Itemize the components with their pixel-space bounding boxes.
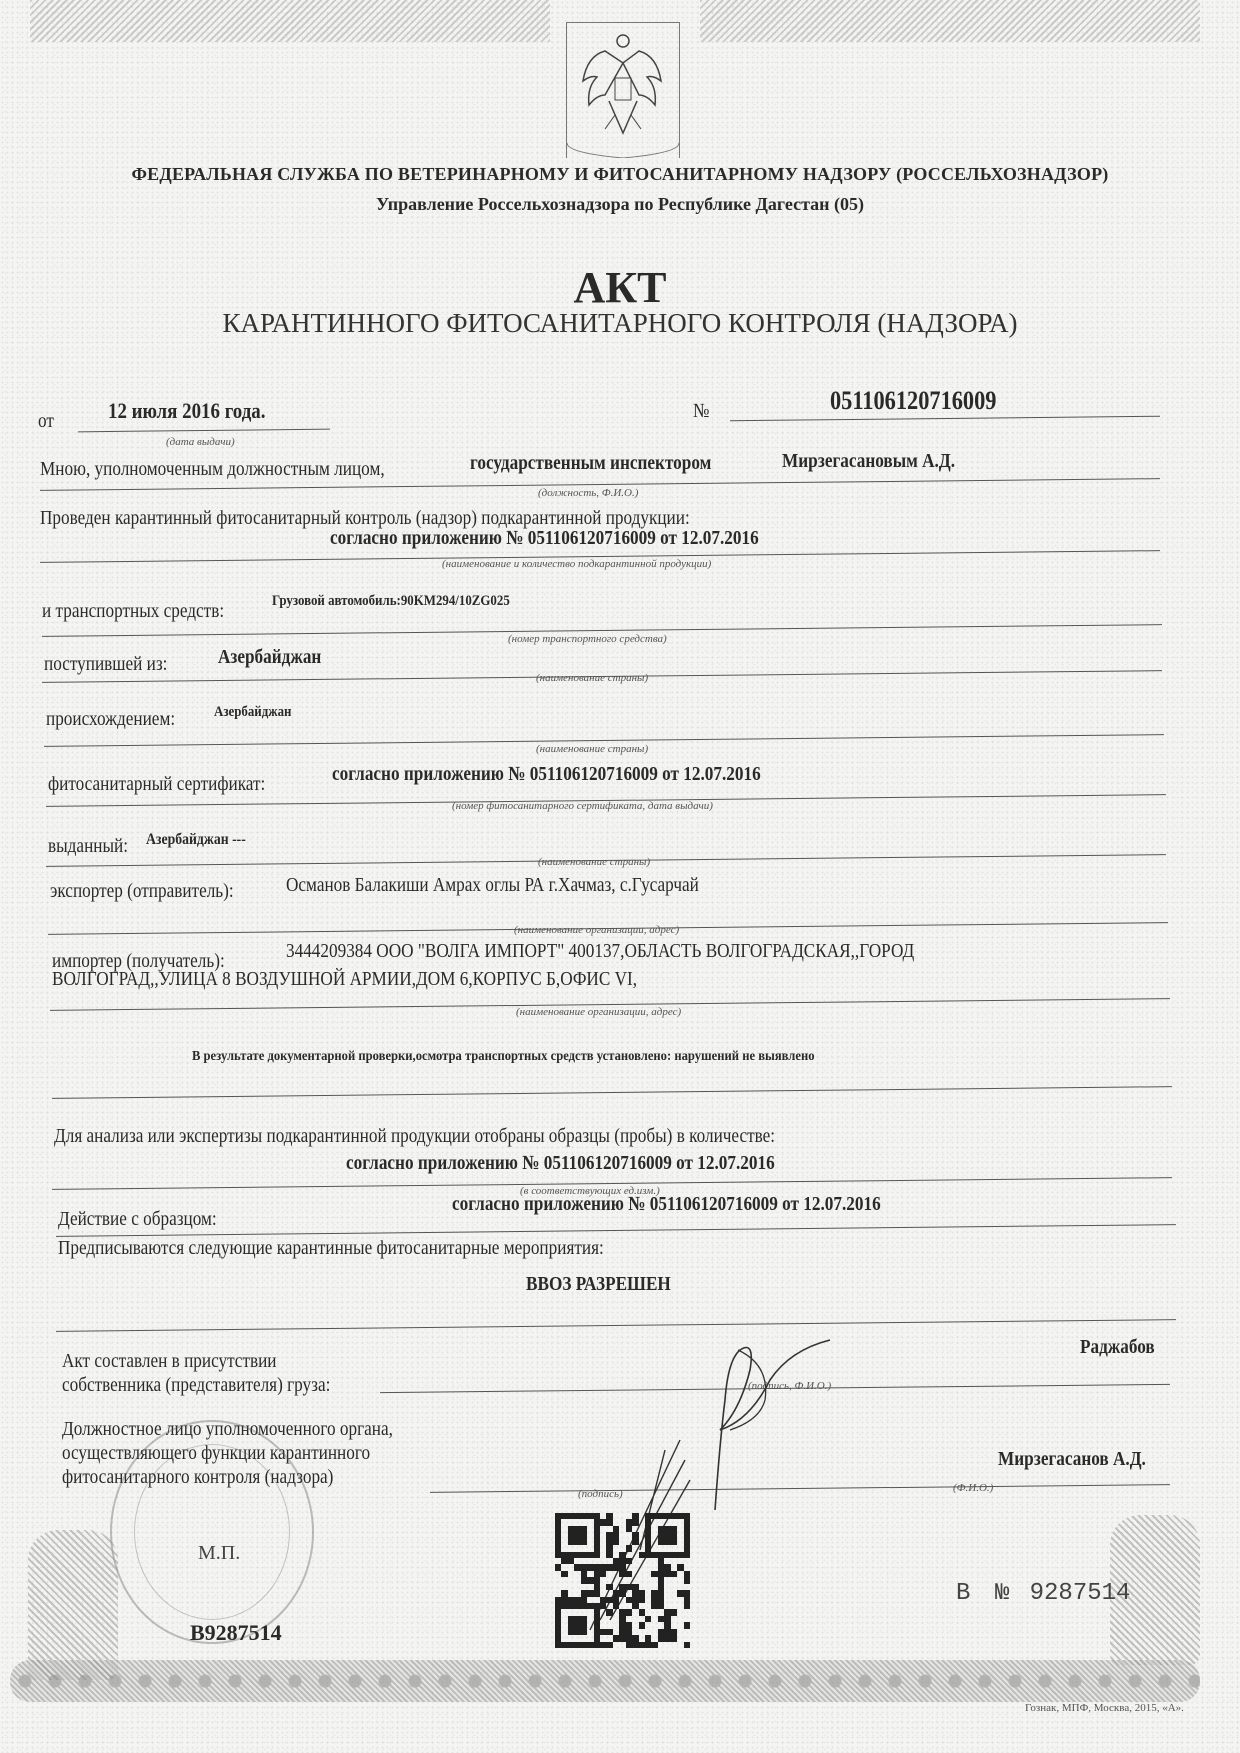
department-name: Управление Россельхознадзора по Республи…	[0, 194, 1240, 215]
transport-caption: (номер транспортного средства)	[508, 633, 667, 645]
official-sign-caption: (подпись)	[578, 1488, 623, 1500]
measures-label: Предписываются следующие карантинные фит…	[58, 1237, 604, 1260]
owner-handwritten-signature	[620, 1320, 840, 1540]
document-subtitle: КАРАНТИННОГО ФИТОСАНИТАРНОГО КОНТРОЛЯ (Н…	[0, 308, 1240, 339]
product-value: согласно приложению № 051106120716009 от…	[330, 527, 759, 550]
official-seal-stamp	[110, 1420, 314, 1644]
serial-right-prefix: В	[956, 1580, 970, 1607]
inspector-name: Мирзегасановым А.Д.	[782, 450, 955, 473]
owner-label-line1: Акт составлен в присутствии	[62, 1350, 276, 1373]
sample-action-underline	[56, 1224, 1176, 1237]
official-name: Мирзегасанов А.Д.	[998, 1448, 1146, 1471]
bottom-ornament-border	[10, 1660, 1200, 1702]
measures-value: ВВОЗ РАЗРЕШЕН	[526, 1273, 671, 1296]
from-label: от	[38, 410, 54, 433]
owner-name: Раджабов	[1080, 1336, 1155, 1359]
inspection-result: В результате документарной проверки,осмо…	[192, 1049, 815, 1065]
top-ornament-left	[30, 0, 550, 42]
samples-value: согласно приложению № 051106120716009 от…	[346, 1152, 775, 1175]
serial-right-no-sign: №	[995, 1580, 1009, 1607]
seal-label: М.П.	[198, 1542, 240, 1565]
arrived-from-label: поступившей из:	[44, 653, 167, 676]
printer-imprint: Гознак, МПФ, Москва, 2015, «А».	[1025, 1702, 1184, 1714]
arrived-from-value: Азербайджан	[218, 646, 321, 669]
exporter-label: экспортер (отправитель):	[50, 880, 234, 903]
importer-value-line2: ВОЛГОГРАД,,УЛИЦА 8 ВОЗДУШНОЙ АРМИИ,ДОМ 6…	[52, 968, 637, 991]
exporter-caption: (наименование организации, адрес)	[514, 924, 679, 936]
serial-right-number: 9287514	[1030, 1580, 1131, 1607]
date-caption: (дата выдачи)	[166, 436, 235, 448]
sample-action-value: согласно приложению № 051106120716009 от…	[452, 1193, 881, 1216]
inspector-label: Мною, уполномоченным должностным лицом,	[40, 458, 385, 481]
serial-left: B9287514	[190, 1620, 282, 1646]
importer-value-line1: 3444209384 ООО "ВОЛГА ИМПОРТ" 400137,ОБЛ…	[286, 940, 914, 963]
serial-right: В № 9287514	[956, 1580, 1130, 1607]
qr-code	[555, 1513, 690, 1648]
certificate-caption: (номер фитосанитарного сертификата, дата…	[452, 800, 713, 812]
issue-date: 12 июля 2016 года.	[108, 398, 265, 424]
result-underline	[52, 1086, 1172, 1099]
arrived-from-caption: (наименование страны)	[536, 672, 648, 684]
transport-value: Грузовой автомобиль:90KM294/10ZG025	[272, 593, 510, 610]
date-underline	[78, 429, 330, 433]
document-number: 051106120716009	[830, 386, 996, 416]
corner-ornament-left	[28, 1530, 118, 1680]
product-caption: (наименование и количество подкарантинно…	[442, 558, 711, 570]
origin-caption: (наименование страны)	[536, 743, 648, 755]
exporter-value: Османов Балакиши Амрах оглы РА г.Хачмаз,…	[286, 874, 699, 897]
official-name-caption: (Ф.И.О.)	[953, 1482, 993, 1494]
coat-of-arms-emblem	[566, 22, 680, 158]
issued-by-value: Азербайджан ---	[146, 831, 246, 849]
sample-action-label: Действие с образцом:	[58, 1208, 217, 1231]
certificate-value: согласно приложению № 051106120716009 от…	[332, 763, 761, 786]
top-ornament-right	[700, 0, 1200, 42]
importer-caption: (наименование организации, адрес)	[516, 1006, 681, 1018]
document-title: АКТ	[0, 262, 1240, 313]
certificate-label: фитосанитарный сертификат:	[48, 773, 265, 796]
measures-underline	[56, 1319, 1176, 1332]
agency-name: ФЕДЕРАЛЬНАЯ СЛУЖБА ПО ВЕТЕРИНАРНОМУ И ФИ…	[0, 164, 1240, 185]
transport-label: и транспортных средств:	[42, 600, 224, 623]
issued-by-caption: (наименование страны)	[538, 856, 650, 868]
owner-caption: (подпись, Ф.И.О.)	[748, 1380, 831, 1392]
issued-by-label: выданный:	[48, 835, 128, 858]
number-label: №	[693, 400, 709, 423]
origin-value: Азербайджан	[214, 704, 292, 721]
double-headed-eagle-icon	[567, 23, 679, 158]
number-underline	[730, 416, 1160, 422]
origin-label: происхождением:	[46, 708, 175, 731]
official-signature-line	[430, 1484, 1170, 1493]
samples-label: Для анализа или экспертизы подкарантинно…	[54, 1125, 775, 1148]
inspector-position: государственным инспектором	[470, 452, 711, 475]
owner-label-line2: собственника (представителя) груза:	[62, 1374, 330, 1397]
inspector-caption: (должность, Ф.И.О.)	[538, 487, 638, 499]
